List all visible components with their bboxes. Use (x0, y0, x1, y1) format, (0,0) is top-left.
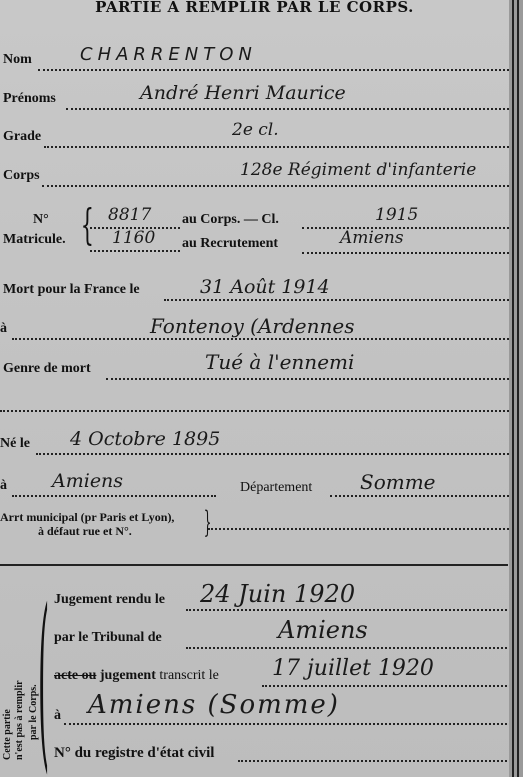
nom-line (38, 69, 509, 71)
genre-mort-line (106, 378, 509, 380)
matricule-brace: { (81, 204, 94, 246)
side-note-line2: n'est pas à remplir (14, 680, 25, 760)
tribunal-line (186, 647, 507, 649)
jugement-brace: ( (38, 585, 49, 775)
arrondissement-label-1: Arrt municipal (pr Paris et Lyon), (0, 510, 174, 525)
genre-mort-value: Tué à l'ennemi (205, 350, 354, 374)
lieu-transcription-line (64, 723, 507, 725)
lieu-naissance-line (12, 495, 216, 497)
naissance-label: Né le (0, 436, 30, 452)
prenoms-value: André Henri Maurice (140, 82, 346, 104)
lieu-naissance-label: à (0, 478, 7, 494)
section-divider (0, 564, 508, 566)
arrondissement-line (208, 528, 509, 530)
matricule-no-label: N° (33, 212, 49, 228)
transcrit-struck-label: acte ou (54, 668, 96, 683)
corps-value: 128e Régiment d'infanterie (240, 160, 476, 180)
au-corps-label: au Corps. — Cl. (182, 212, 279, 228)
side-note-line1: Cette partie (2, 709, 13, 760)
corps-line (42, 185, 509, 187)
genre-mort-label: Genre de mort (3, 361, 91, 377)
transcrit-value: 17 juillet 1920 (272, 656, 434, 681)
transcrit-line (262, 685, 507, 687)
lieu-mort-line (12, 338, 509, 340)
nom-label: Nom (3, 52, 32, 68)
tribunal-value: Amiens (278, 616, 368, 644)
classe-value: 1915 (375, 205, 418, 225)
lieu-mort-label: à (0, 321, 7, 337)
arrondissement-brace: } (204, 508, 212, 538)
prenoms-label: Prénoms (3, 91, 56, 107)
lieu-mort-value: Fontenoy (Ardennes (150, 314, 354, 338)
transcrit-label: acte ou jugement transcrit le (54, 668, 219, 684)
page-border (509, 0, 523, 777)
corps-number-value: 8817 (108, 205, 151, 225)
mort-line (164, 299, 509, 301)
lieu-naissance-value: Amiens (52, 470, 123, 492)
blank-line (0, 410, 509, 412)
tribunal-label: par le Tribunal de (54, 630, 162, 646)
lieu-transcription-label: à (54, 708, 61, 724)
departement-label: Département (240, 480, 312, 496)
transcrit-bold-label: jugement (100, 668, 156, 683)
recrutement-number-line (90, 250, 180, 252)
classe-line (302, 227, 509, 229)
recrutement-line (302, 252, 509, 254)
lieu-transcription-value: Amiens (Somme) (88, 690, 340, 720)
registre-line (238, 760, 507, 762)
arrondissement-label-2: à défaut rue et N°. (38, 524, 132, 539)
grade-value: 2e cl. (232, 120, 279, 140)
naissance-line (36, 453, 509, 455)
recrutement-number-value: 1160 (112, 228, 155, 248)
document-page: PARTIE À REMPLIR PAR LE CORPS. Nom CHARR… (0, 0, 523, 777)
jugement-rendu-label: Jugement rendu le (54, 592, 165, 608)
matricule-label: Matricule. (3, 232, 66, 248)
side-note: Cette partie n'est pas à remplir par le … (2, 590, 42, 770)
form-title: PARTIE À REMPLIR PAR LE CORPS. (0, 0, 509, 16)
jugement-rendu-value: 24 Juin 1920 (200, 580, 355, 608)
mort-label: Mort pour la France le (3, 282, 140, 298)
transcrit-normal-label: transcrit le (159, 668, 218, 683)
jugement-rendu-line (186, 609, 507, 611)
prenoms-line (66, 108, 509, 110)
nom-value: CHARRENTON (80, 44, 257, 65)
recrutement-value: Amiens (340, 228, 404, 248)
naissance-value: 4 Octobre 1895 (70, 428, 220, 450)
au-recrutement-label: au Recrutement (182, 236, 278, 252)
corps-label: Corps (3, 168, 40, 184)
departement-line (330, 495, 509, 497)
grade-line (44, 146, 509, 148)
registre-label: N° du registre d'état civil (54, 745, 214, 762)
departement-value: Somme (360, 470, 436, 494)
mort-value: 31 Août 1914 (200, 276, 330, 298)
grade-label: Grade (3, 129, 41, 145)
